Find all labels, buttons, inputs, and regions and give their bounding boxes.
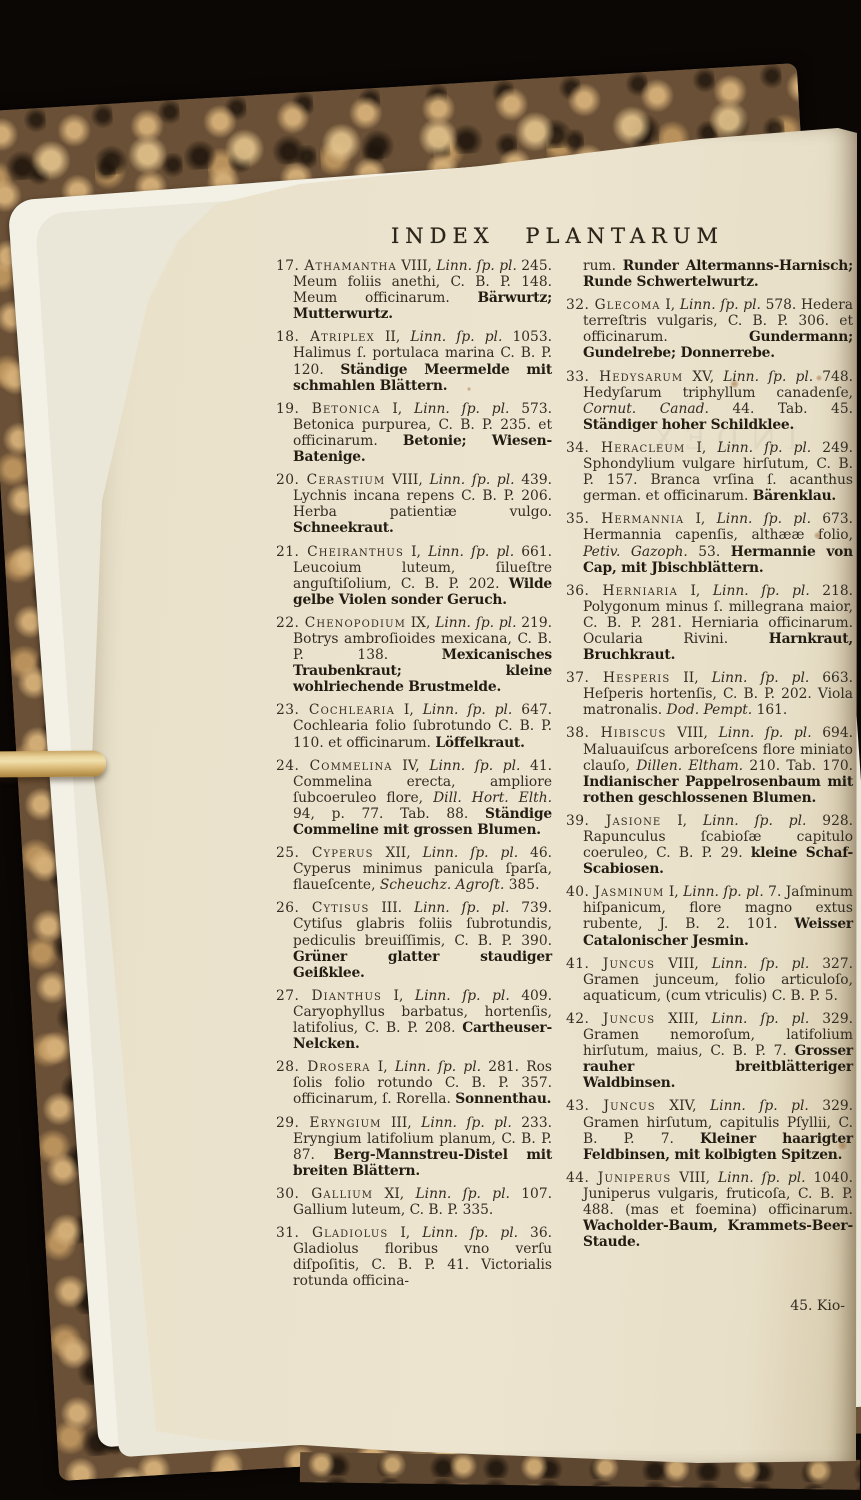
column-left: 17. Athamantha VIII, Linn. ſp. pl. 245. … <box>276 258 552 1296</box>
entry-number: 43. <box>566 1098 603 1114</box>
index-entry: rum. Runder Altermanns-Harnisch; Runde S… <box>566 258 853 290</box>
entry-number: 17. <box>276 258 304 274</box>
index-entry: 35. Hermannia I, Linn. ſp. pl. 673. Herm… <box>566 511 853 575</box>
entry-number: 25. <box>276 845 312 861</box>
index-entry: 20. Cerastium VIII, Linn. ſp. pl. 439. L… <box>276 472 552 536</box>
two-column-index: 17. Athamantha VIII, Linn. ſp. pl. 245. … <box>276 258 853 1296</box>
index-entry: 23. Cochlearia I, Linn. ſp. pl. 647. Coc… <box>276 702 552 750</box>
index-text-block: INDEX PLANTARUM 17. Athamantha VIII, Lin… <box>276 224 853 1314</box>
index-entry: 24. Commelina IV, Linn. ſp. pl. 41. Comm… <box>276 758 552 838</box>
column-right: rum. Runder Altermanns-Harnisch; Runde S… <box>566 258 853 1296</box>
entry-number: 26. <box>276 900 312 916</box>
book-page: INDEX INDEX PLANTARUM 17. Athamantha VII… <box>88 122 860 1470</box>
index-entry: 19. Betonica I, Linn. ſp. pl. 573. Beton… <box>276 401 552 465</box>
entry-number: 18. <box>276 329 310 345</box>
index-entry: 29. Eryngium III, Linn. ſp. pl. 233. Ery… <box>276 1115 552 1179</box>
entry-number: 28. <box>276 1059 307 1075</box>
index-entry: 26. Cytisus III. Linn. ſp. pl. 739. Cyti… <box>276 900 552 980</box>
index-entry: 40. Jasminum I, Linn. ſp. pl. 7. Jaſminu… <box>566 884 853 948</box>
entry-number: 38. <box>566 725 601 741</box>
photo-backdrop: INDEX INDEX PLANTARUM 17. Athamantha VII… <box>0 0 861 1500</box>
entry-number: 22. <box>276 615 305 631</box>
entry-number: 41. <box>566 956 603 972</box>
entry-number: 33. <box>566 369 599 385</box>
index-entry: 27. Dianthus I, Linn. ſp. pl. 409. Caryo… <box>276 988 552 1052</box>
index-entry: 37. Hesperis II, Linn. ſp. pl. 663. Heſp… <box>566 670 853 718</box>
index-entry: 21. Cheiranthus I, Linn. ſp. pl. 661. Le… <box>276 544 552 608</box>
index-entry: 41. Juncus VIII, Linn. ſp. pl. 327. Gram… <box>566 956 853 1004</box>
index-entry: 32. Glecoma I, Linn. ſp. pl. 578. Hedera… <box>566 297 853 361</box>
index-entry: 43. Juncus XIV, Linn. ſp. pl. 329. Grame… <box>566 1098 853 1162</box>
entry-number: 30. <box>276 1186 311 1202</box>
entry-number: 19. <box>276 401 312 417</box>
index-entry: 17. Athamantha VIII, Linn. ſp. pl. 245. … <box>276 258 552 322</box>
wooden-page-holder-stick <box>0 751 106 778</box>
entry-number: 44. <box>566 1170 598 1186</box>
index-entry: 38. Hibiscus VIII, Linn. ſp. pl. 694. Ma… <box>566 725 853 805</box>
index-entry: 31. Gladiolus I, Linn. ſp. pl. 36. Gladi… <box>276 1225 552 1289</box>
catchword: 45. Kio- <box>276 1298 853 1314</box>
index-entry: 25. Cyperus XII, Linn. ſp. pl. 46. Cyper… <box>276 845 552 893</box>
index-entry: 44. Juniperus VIII, Linn. ſp. pl. 1040. … <box>566 1170 853 1250</box>
entry-number: 31. <box>276 1225 312 1241</box>
entry-number: 42. <box>566 1011 603 1027</box>
index-entry: 33. Hedysarum XV, Linn. ſp. pl. 748. Hed… <box>566 369 853 433</box>
entry-number: 24. <box>276 758 310 774</box>
index-entry: 36. Herniaria I, Linn. ſp. pl. 218. Poly… <box>566 583 853 663</box>
index-entry: 22. Chenopodium IX, Linn. ſp. pl. 219. B… <box>276 615 552 695</box>
entry-number: 23. <box>276 702 309 718</box>
entry-number: 32. <box>566 297 595 313</box>
entry-number: 36. <box>566 583 603 599</box>
index-entry: 18. Atriplex II, Linn. ſp. pl. 1053. Hal… <box>276 329 552 393</box>
entry-number: 40. <box>566 884 594 900</box>
index-entry: 39. Jasione I, Linn. ſp. pl. 928. Rapunc… <box>566 813 853 877</box>
index-entry: 28. Drosera I, Linn. ſp. pl. 281. Ros ſo… <box>276 1059 552 1107</box>
entry-number: 39. <box>566 813 606 829</box>
index-entry: 34. Heracleum I, Linn. ſp. pl. 249. Spho… <box>566 440 853 504</box>
index-entry: 30. Gallium XI, Linn. ſp. pl. 107. Galli… <box>276 1186 552 1218</box>
index-entry: 42. Juncus XIII, Linn. ſp. pl. 329. Gram… <box>566 1011 853 1091</box>
entry-number: 35. <box>566 511 601 527</box>
entry-number: 34. <box>566 440 601 456</box>
page-title: INDEX PLANTARUM <box>276 224 853 248</box>
entry-number: 27. <box>276 988 312 1004</box>
entry-number: 37. <box>566 670 603 686</box>
entry-number: 29. <box>276 1115 309 1131</box>
entry-number: 20. <box>276 472 307 488</box>
entry-number: 21. <box>276 544 307 560</box>
